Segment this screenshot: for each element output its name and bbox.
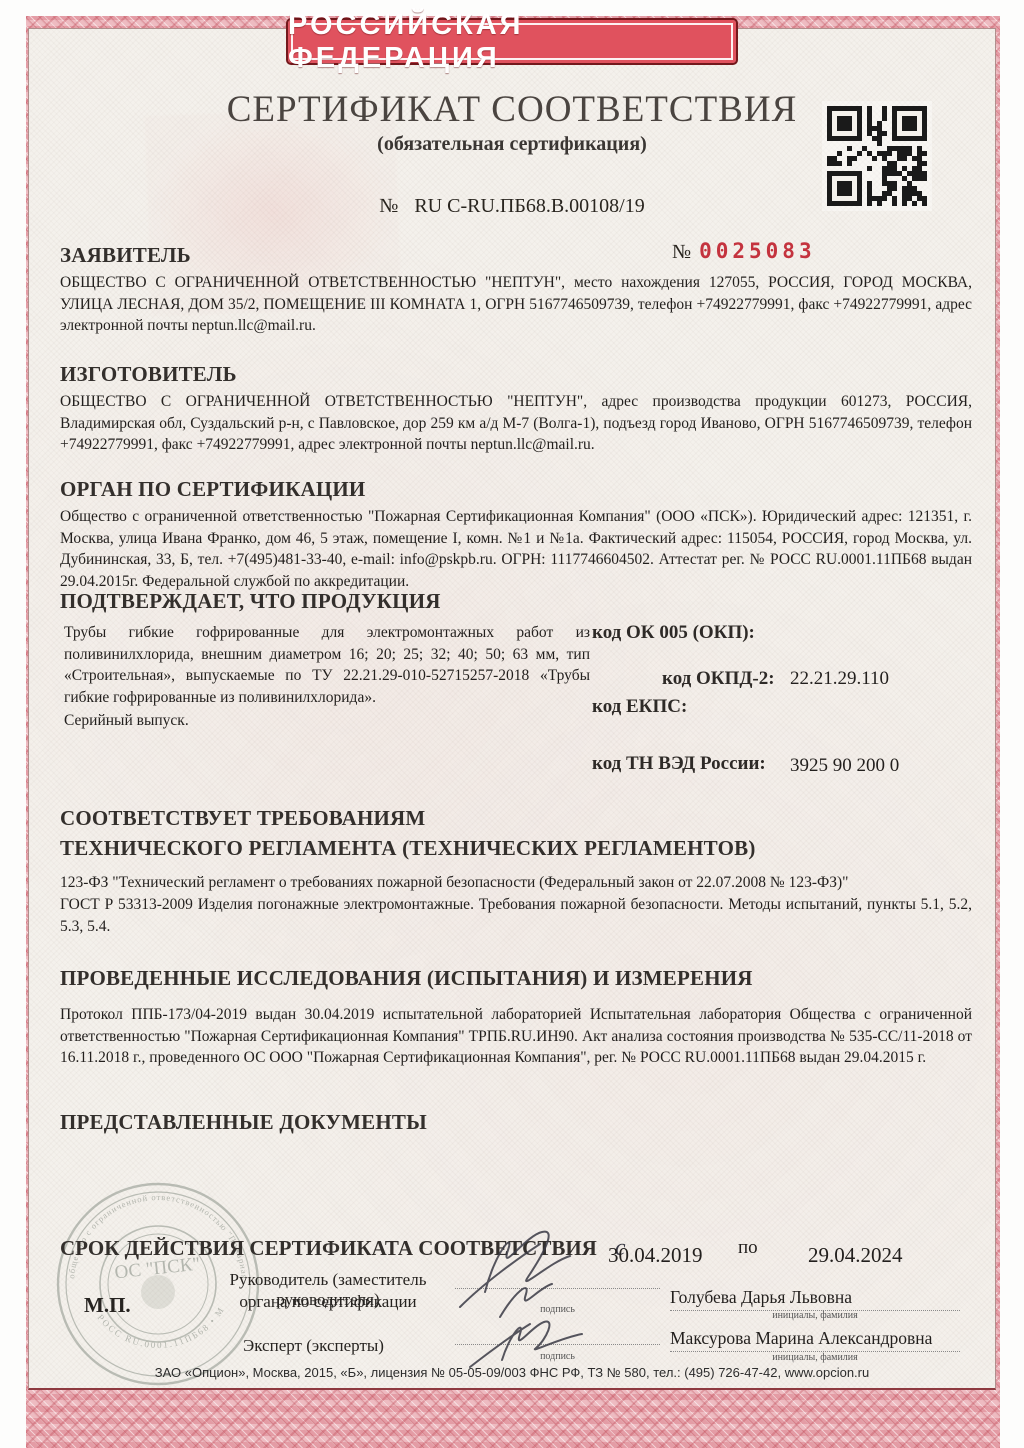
code-label-okp: код ОК 005 (ОКП): bbox=[592, 622, 755, 643]
expert-role: Эксперт (эксперты) bbox=[243, 1336, 384, 1356]
product-description: Трубы гибкие гофрированные для электромо… bbox=[64, 622, 590, 708]
compliance-item-2: ГОСТ Р 53313-2009 Изделия погонажные эле… bbox=[60, 894, 972, 937]
country-banner: РОССИЙСКАЯ ФЕДЕРАЦИЯ bbox=[286, 18, 738, 65]
validity-date-to: 29.04.2024 bbox=[808, 1243, 903, 1268]
validity-to-prefix: по bbox=[738, 1237, 758, 1259]
code-value-tnved: 3925 90 200 0 bbox=[790, 755, 899, 776]
head-name-caption: инициалы, фамилия bbox=[670, 1310, 960, 1321]
head-name: Голубева Дарья Львовна bbox=[670, 1287, 960, 1311]
certificate-number: RU C-RU.ПБ68.В.00108/19 bbox=[414, 195, 644, 217]
section-heading-tests: ПРОВЕДЕННЫЕ ИССЛЕДОВАНИЯ (ИСПЫТАНИЯ) И И… bbox=[60, 966, 753, 991]
certificate-page: РОССИЙСКАЯ ФЕДЕРАЦИЯ СЕРТИФИКАТ СООТВЕТС… bbox=[0, 0, 1024, 1448]
cert-body-text: Общество с ограниченной ответственностью… bbox=[60, 506, 972, 592]
blank-number: 0025083 bbox=[699, 239, 816, 263]
code-value-okpd2: 22.21.29.110 bbox=[790, 668, 889, 689]
blank-number-row: №0025083 bbox=[672, 239, 816, 264]
stamp-place-label: М.П. bbox=[84, 1293, 131, 1318]
tests-text: Протокол ППБ-173/04-2019 выдан 30.04.201… bbox=[60, 1004, 972, 1069]
section-heading-product: ПОДТВЕРЖДАЕТ, ЧТО ПРОДУКЦИЯ bbox=[60, 589, 441, 614]
blank-number-sign: № bbox=[672, 241, 691, 263]
code-label-tnved: код ТН ВЭД России: bbox=[592, 753, 766, 774]
number-sign: № bbox=[379, 195, 398, 217]
section-heading-manufacturer: ИЗГОТОВИТЕЛЬ bbox=[60, 362, 237, 387]
manufacturer-text: ОБЩЕСТВО С ОГРАНИЧЕННОЙ ОТВЕТСТВЕННОСТЬЮ… bbox=[60, 391, 972, 456]
product-serial-note: Серийный выпуск. bbox=[64, 710, 590, 732]
expert-name-caption: инициалы, фамилия bbox=[670, 1352, 960, 1363]
applicant-text: ОБЩЕСТВО С ОГРАНИЧЕННОЙ ОТВЕТСТВЕННОСТЬЮ… bbox=[60, 272, 972, 337]
printer-imprint: ЗАО «Опцион», Москва, 2015, «Б», лицензи… bbox=[0, 1365, 1024, 1380]
section-heading-cert-body: ОРГАН ПО СЕРТИФИКАЦИИ bbox=[60, 477, 365, 502]
code-label-ekps: код ЕКПС: bbox=[592, 696, 687, 717]
country-banner-label: РОССИЙСКАЯ ФЕДЕРАЦИЯ bbox=[288, 9, 736, 75]
expert-name: Максурова Марина Александровна bbox=[670, 1328, 960, 1352]
section-heading-compliance-1: СООТВЕТСТВУЕТ ТРЕБОВАНИЯМ bbox=[60, 806, 425, 831]
certificate-number-row: №RU C-RU.ПБ68.В.00108/19 bbox=[0, 195, 1024, 218]
compliance-item-1: 123-ФЗ "Технический регламент о требован… bbox=[60, 872, 972, 894]
section-heading-compliance-2: ТЕХНИЧЕСКОГО РЕГЛАМЕНТА (ТЕХНИЧЕСКИХ РЕГ… bbox=[60, 836, 756, 861]
section-heading-documents: ПРЕДСТАВЛЕННЫЕ ДОКУМЕНТЫ bbox=[60, 1110, 427, 1135]
handwritten-signatures bbox=[430, 1222, 680, 1372]
section-heading-applicant: ЗАЯВИТЕЛЬ bbox=[60, 243, 191, 268]
code-label-okpd2: код ОКПД-2: bbox=[662, 668, 775, 689]
